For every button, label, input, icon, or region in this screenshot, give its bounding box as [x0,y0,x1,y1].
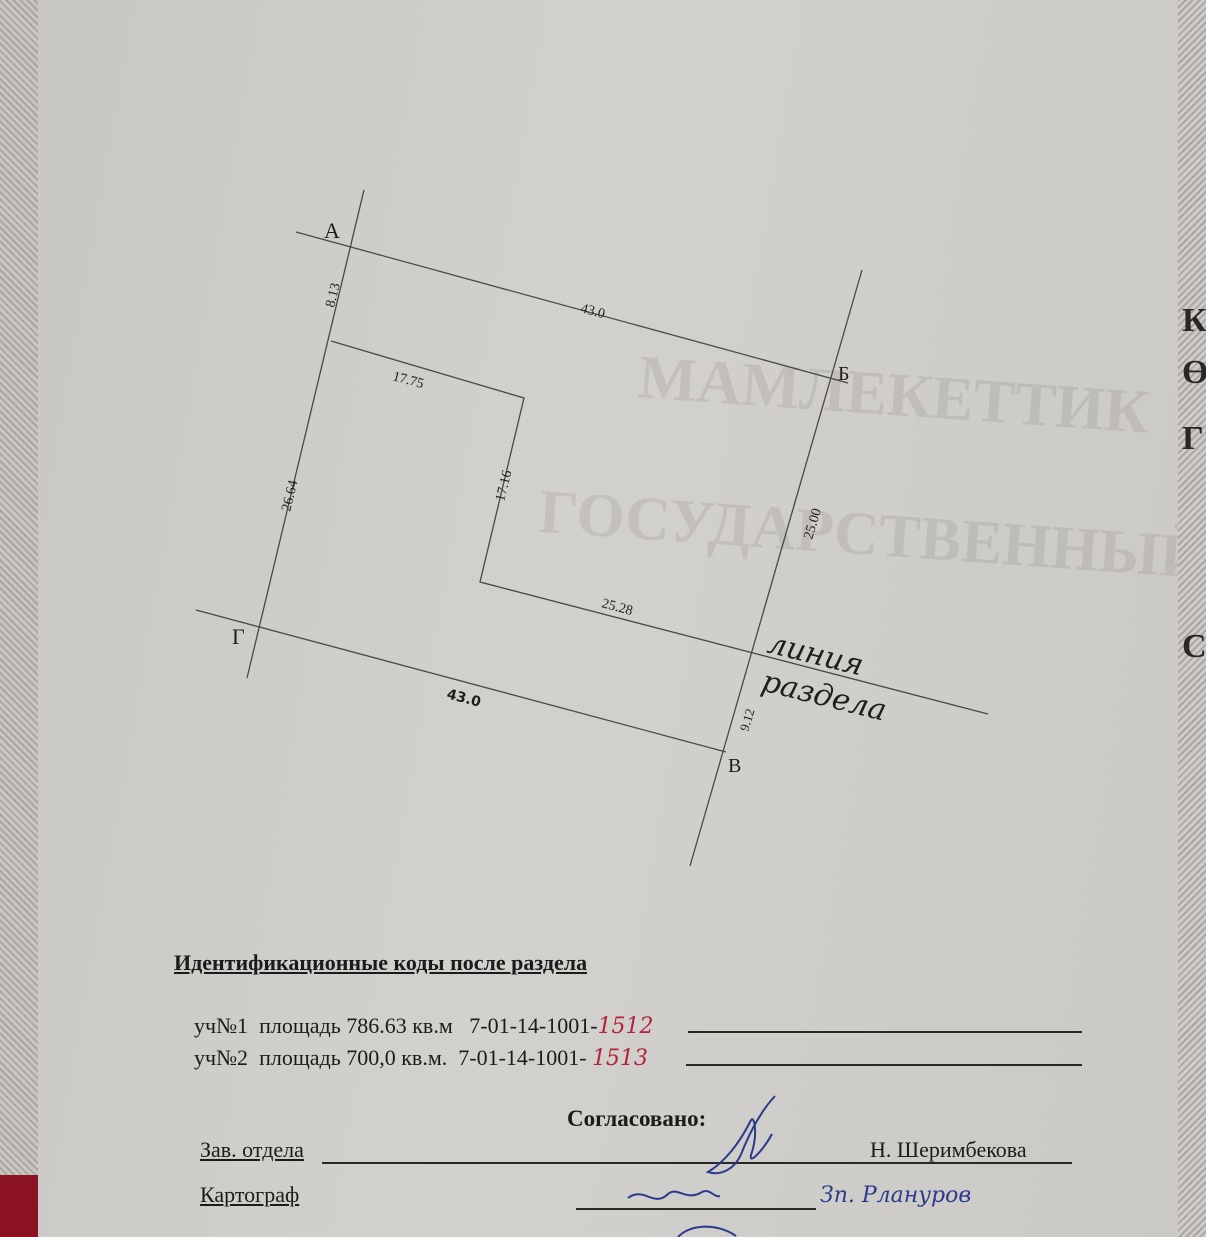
land-division-plan: А Б В Г 43.0 43.0 8.13 26.64 25.00 9.12 … [0,0,1206,940]
dim-inner-top: 17.75 [391,369,425,392]
dim-inner-vertical: 17.16 [493,469,515,503]
plot-code-prefix: 7-01-14-1001- [469,1013,597,1038]
code-underline [686,1064,1082,1066]
plot-label: уч№1 [194,1013,248,1038]
signature-scribble [624,1178,724,1218]
dim-left-upper: 8.13 [323,282,343,309]
dim-inner-bottom: 25.28 [600,596,634,619]
point-label-v: В [728,755,741,777]
plot-row-1: уч№1 площадь 786.63 кв.м 7-01-14-1001-15… [194,1013,654,1039]
point-label-a: А [324,218,340,243]
plot-row-2: уч№2 площадь 700,0 кв.м. 7-01-14-1001- 1… [194,1045,648,1071]
boundary-left [247,190,364,678]
point-label-g: Г [232,624,245,649]
boundary-bottom [196,610,726,752]
stamp-partial [666,1222,746,1237]
division-line [331,341,988,714]
dim-bottom: 43.0 [445,686,483,710]
dim-top: 43.0 [579,301,607,322]
dim-right-lower: 9.12 [737,707,758,733]
plot-area: площадь 700,0 кв.м. [259,1045,447,1070]
signatory-role: Картограф [200,1182,299,1208]
plot-code-handwritten: 1512 [598,1014,654,1039]
boundary-top [296,232,848,383]
red-cover-corner [0,1175,40,1237]
plot-label: уч№2 [194,1045,248,1070]
point-label-b: Б [838,363,849,385]
boundary-right [690,270,862,866]
code-underline [688,1031,1082,1033]
plot-code-prefix: 7-01-14-1001- [458,1045,586,1070]
plot-area: площадь 786.63 кв.м [259,1013,453,1038]
dim-left-lower: 26.64 [279,479,301,513]
signatory-role: Зав. отдела [200,1137,304,1163]
signatory-name: Н. Шеримбекова [870,1137,1027,1163]
dim-right-upper: 25.00 [801,507,825,542]
plot-code-handwritten: 1513 [592,1046,648,1071]
codes-title: Идентификационные коды после раздела [174,950,587,976]
signatory-handwritten-name: Зп. Рлануров [820,1183,971,1208]
signature-scribble [680,1092,800,1182]
